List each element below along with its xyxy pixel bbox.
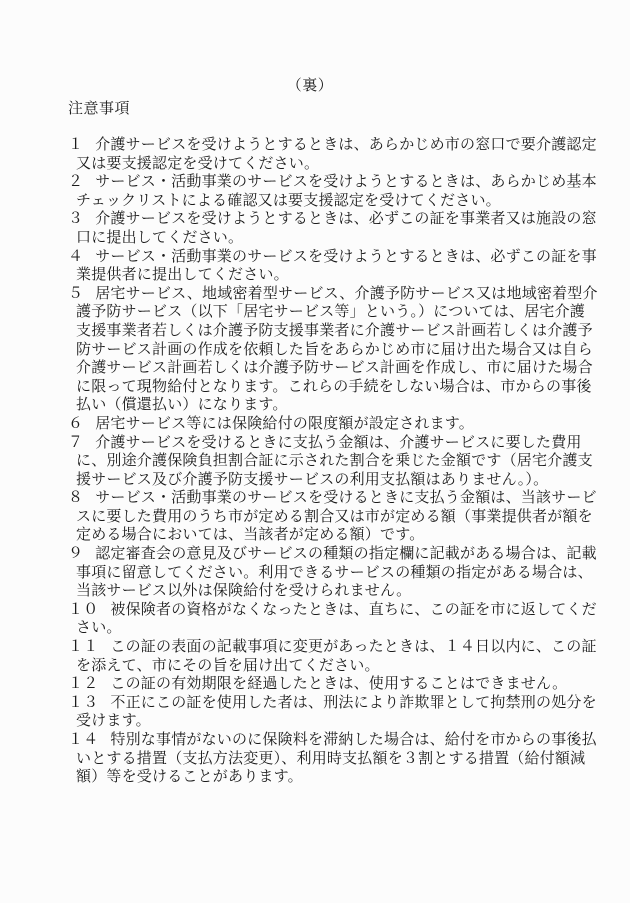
note-item: ４サービス・活動事業のサービスを受けようとするときは、必ずこの証を事業提供者に提… xyxy=(68,248,568,285)
note-item: １介護サービスを受けようとするときは、あらかじめ市の窓口で要介護認定又は要支援認… xyxy=(68,136,568,173)
note-item: １２この証の有効期限を経過したときは、使用することはできません。 xyxy=(68,675,568,694)
note-continuation-line: チェックリストによる確認又は要支援認定を受けてください。 xyxy=(76,192,568,211)
note-first-line: ７介護サービスを受けるときに支払う金額は、介護サービスに要した費用 xyxy=(68,434,568,453)
note-first-line: １２この証の有効期限を経過したときは、使用することはできません。 xyxy=(68,675,568,694)
item-number: １０ xyxy=(68,602,98,618)
item-text: この証の表面の記載事項に変更があったときは、１４日以内に、この証 xyxy=(110,639,596,655)
note-first-line: １０被保険者の資格がなくなったときは、直ちに、この証を市に返してくだ xyxy=(68,601,568,620)
note-item: １０被保険者の資格がなくなったときは、直ちに、この証を市に返してください。 xyxy=(68,601,568,638)
note-continuation-line: 援サービス及び介護予防支援サービスの利用支払額はありません。）。 xyxy=(76,471,568,490)
note-item: １３不正にこの証を使用した者は、刑法により詐欺罪として拘禁刑の処分を受けます。 xyxy=(68,694,568,731)
note-item: １１この証の表面の記載事項に変更があったときは、１４日以内に、この証を添えて、市… xyxy=(68,638,568,675)
page-title: 注意事項 xyxy=(68,100,130,119)
item-number: ２ xyxy=(68,174,83,190)
item-text: サービス・活動事業のサービスを受けるときに支払う金額は、当該サービ xyxy=(95,490,597,506)
note-first-line: ８サービス・活動事業のサービスを受けるときに支払う金額は、当該サービ xyxy=(68,489,568,508)
note-continuation-line: 定める場合においては、当該者が定める額）です。 xyxy=(76,526,568,545)
side-label: （裏） xyxy=(0,77,620,96)
item-text: サービス・活動事業のサービスを受けようとするときは、あらかじめ基本 xyxy=(95,174,597,190)
item-text: 居宅サービス、地域密着型サービス、介護予防サービス又は地域密着型介 xyxy=(95,286,598,302)
item-number: １４ xyxy=(68,732,98,748)
item-text: 居宅サービス等には保険給付の限度額が設定されます。 xyxy=(95,416,474,432)
note-first-line: １３不正にこの証を使用した者は、刑法により詐欺罪として拘禁刑の処分を xyxy=(68,694,568,713)
note-first-line: ４サービス・活動事業のサービスを受けようとするときは、必ずこの証を事 xyxy=(68,248,568,267)
note-continuation-line: 口に提出してください。 xyxy=(76,229,568,248)
note-first-line: １介護サービスを受けようとするときは、あらかじめ市の窓口で要介護認定 xyxy=(68,136,568,155)
note-item: ６居宅サービス等には保険給付の限度額が設定されます。 xyxy=(68,415,568,434)
note-continuation-line: に、別途介護保険負担割合証に示された割合を乗じた金額です（居宅介護支 xyxy=(76,452,568,471)
item-text: 介護サービスを受けるときに支払う金額は、介護サービスに要した費用 xyxy=(95,435,581,451)
item-text: 被保険者の資格がなくなったときは、直ちに、この証を市に返してくだ xyxy=(110,602,596,618)
item-number: ４ xyxy=(68,249,83,265)
item-number: ５ xyxy=(68,286,83,302)
notes-list: １介護サービスを受けようとするときは、あらかじめ市の窓口で要介護認定又は要支援認… xyxy=(68,136,568,787)
item-text: 不正にこの証を使用した者は、刑法により詐欺罪として拘禁刑の処分を xyxy=(110,695,596,711)
note-continuation-line: いとする措置（支払方法変更）、利用時支払額を３割とする措置（給付額減 xyxy=(76,750,568,769)
note-first-line: １４特別な事情がないのに保険料を滞納した場合は、給付を市からの事後払 xyxy=(68,731,568,750)
note-item: ９認定審査会の意見及びサービスの種類の指定欄に記載がある場合は、記載事項に留意し… xyxy=(68,545,568,601)
note-continuation-line: に限って現物給付となります。これらの手続をしない場合は、市からの事後 xyxy=(76,378,568,397)
note-item: ３介護サービスを受けようとするときは、必ずこの証を事業者又は施設の窓口に提出して… xyxy=(68,210,568,247)
note-item: ８サービス・活動事業のサービスを受けるときに支払う金額は、当該サービスに要した費… xyxy=(68,489,568,545)
item-number: ６ xyxy=(68,416,83,432)
item-number: ９ xyxy=(68,546,83,562)
note-first-line: ６居宅サービス等には保険給付の限度額が設定されます。 xyxy=(68,415,568,434)
item-text: この証の有効期限を経過したときは、使用することはできません。 xyxy=(110,676,567,692)
item-number: ３ xyxy=(68,211,83,227)
item-number: １２ xyxy=(68,676,98,692)
item-number: ７ xyxy=(68,435,83,451)
note-continuation-line: 介護サービス計画若しくは介護予防サービス計画を作成し、市に届けた場合 xyxy=(76,359,568,378)
note-continuation-line: 額）等を受けることがあります。 xyxy=(76,768,568,787)
note-continuation-line: 受けます。 xyxy=(76,712,568,731)
note-continuation-line: 支援事業者若しくは介護予防支援事業者に介護サービス計画若しくは介護予 xyxy=(76,322,568,341)
note-continuation-line: 業提供者に提出してください。 xyxy=(76,266,568,285)
note-item: ２サービス・活動事業のサービスを受けようとするときは、あらかじめ基本チェックリス… xyxy=(68,173,568,210)
note-item: ５居宅サービス、地域密着型サービス、介護予防サービス又は地域密着型介護予防サービ… xyxy=(68,285,568,415)
note-first-line: １１この証の表面の記載事項に変更があったときは、１４日以内に、この証 xyxy=(68,638,568,657)
item-text: 介護サービスを受けようとするときは、必ずこの証を事業者又は施設の窓 xyxy=(95,211,597,227)
item-number: １ xyxy=(68,137,83,153)
note-continuation-line: スに要した費用のうち市が定める割合又は市が定める額（事業提供者が額を xyxy=(76,508,568,527)
note-item: １４特別な事情がないのに保険料を滞納した場合は、給付を市からの事後払いとする措置… xyxy=(68,731,568,787)
note-first-line: ３介護サービスを受けようとするときは、必ずこの証を事業者又は施設の窓 xyxy=(68,210,568,229)
item-text: 介護サービスを受けようとするときは、あらかじめ市の窓口で要介護認定 xyxy=(95,137,597,153)
note-continuation-line: 事項に留意してください。利用できるサービスの種類の指定がある場合は、 xyxy=(76,564,568,583)
item-number: １１ xyxy=(68,639,98,655)
note-first-line: ２サービス・活動事業のサービスを受けようとするときは、あらかじめ基本 xyxy=(68,173,568,192)
note-first-line: ９認定審査会の意見及びサービスの種類の指定欄に記載がある場合は、記載 xyxy=(68,545,568,564)
note-continuation-line: 当該サービス以外は保険給付を受けられません。 xyxy=(76,582,568,601)
note-item: ７介護サービスを受けるときに支払う金額は、介護サービスに要した費用に、別途介護保… xyxy=(68,434,568,490)
note-first-line: ５居宅サービス、地域密着型サービス、介護予防サービス又は地域密着型介 xyxy=(68,285,568,304)
item-number: ８ xyxy=(68,490,83,506)
note-continuation-line: を添えて、市にその旨を届け出てください。 xyxy=(76,657,568,676)
document-page: （裏） 注意事項 １介護サービスを受けようとするときは、あらかじめ市の窓口で要介… xyxy=(0,0,630,903)
note-continuation-line: 払い（償還払い）になります。 xyxy=(76,396,568,415)
note-continuation-line: 護予防サービス（以下「居宅サービス等」という。）については、居宅介護 xyxy=(76,303,568,322)
item-text: 特別な事情がないのに保険料を滞納した場合は、給付を市からの事後払 xyxy=(110,732,596,748)
item-text: サービス・活動事業のサービスを受けようとするときは、必ずこの証を事 xyxy=(95,249,597,265)
note-continuation-line: 又は要支援認定を受けてください。 xyxy=(76,155,568,174)
item-number: １３ xyxy=(68,695,98,711)
note-continuation-line: さい。 xyxy=(76,619,568,638)
note-continuation-line: 防サービス計画の作成を依頼した旨をあらかじめ市に届け出た場合又は自ら xyxy=(76,341,568,360)
item-text: 認定審査会の意見及びサービスの種類の指定欄に記載がある場合は、記載 xyxy=(95,546,597,562)
